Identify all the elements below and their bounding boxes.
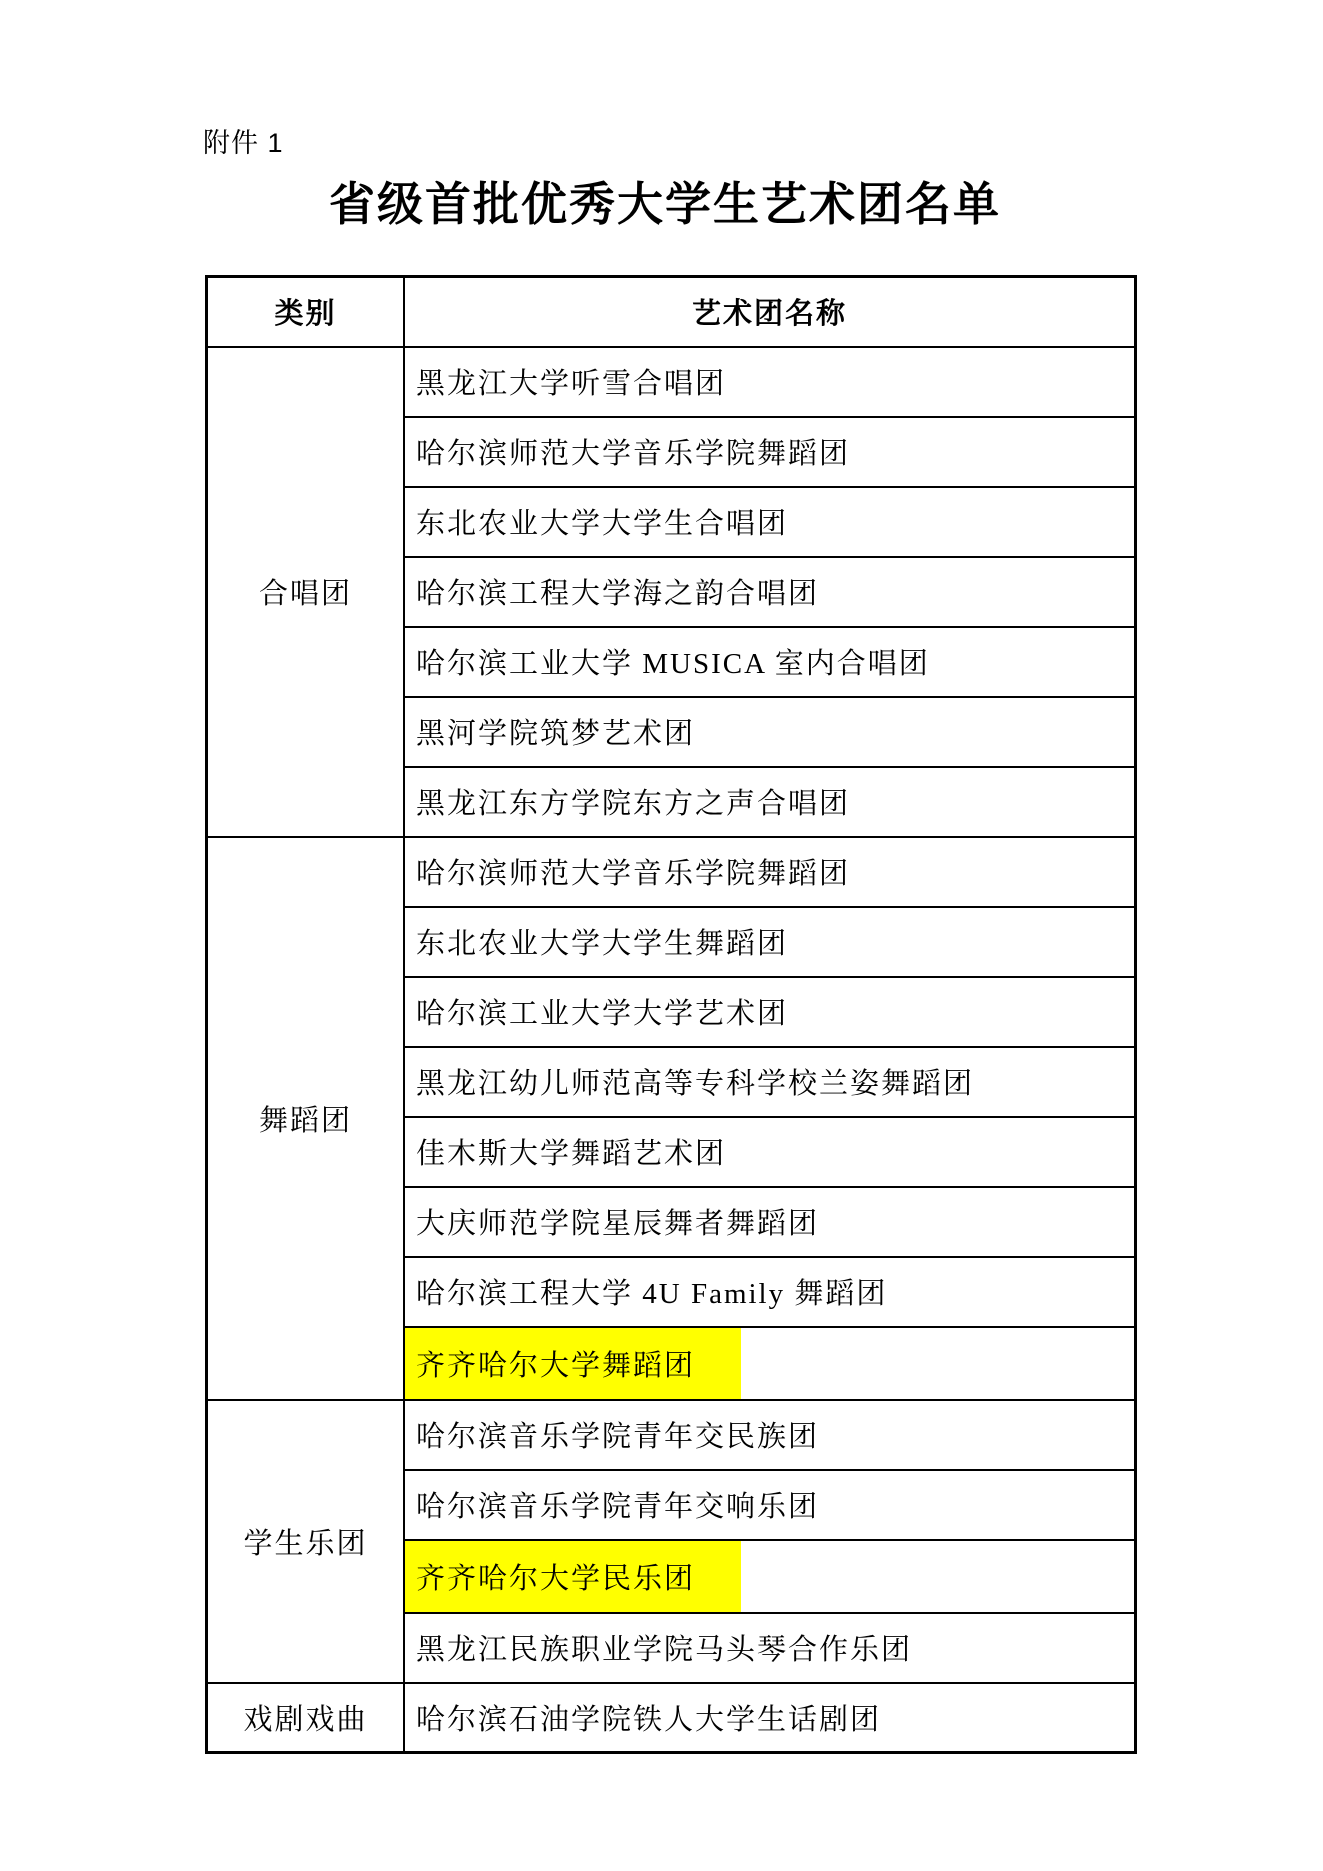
table-body: 合唱团黑龙江大学听雪合唱团哈尔滨师范大学音乐学院舞蹈团东北农业大学大学生合唱团哈…	[207, 347, 1136, 1753]
category-cell: 学生乐团	[207, 1400, 405, 1683]
troupe-name: 黑龙江民族职业学院马头琴合作乐团	[416, 1627, 912, 1668]
troupe-name-cell: 齐齐哈尔大学民乐团	[404, 1540, 1136, 1613]
troupe-name-cell: 哈尔滨工程大学海之韵合唱团	[404, 557, 1136, 627]
troupe-name-cell: 哈尔滨工业大学大学艺术团	[404, 977, 1136, 1047]
troupe-name: 哈尔滨工业大学 MUSICA 室内合唱团	[416, 641, 930, 682]
troupe-name: 黑龙江大学听雪合唱团	[416, 361, 726, 402]
troupe-name-cell: 东北农业大学大学生合唱团	[404, 487, 1136, 557]
troupe-name: 哈尔滨石油学院铁人大学生话剧团	[416, 1697, 881, 1738]
troupe-name: 黑河学院筑梦艺术团	[416, 711, 695, 752]
troupe-name: 东北农业大学大学生合唱团	[416, 501, 788, 542]
troupe-name-cell: 哈尔滨工程大学 4U Family 舞蹈团	[404, 1257, 1136, 1327]
troupe-name-cell: 哈尔滨石油学院铁人大学生话剧团	[404, 1683, 1136, 1753]
troupe-name-highlighted: 齐齐哈尔大学民乐团	[405, 1541, 741, 1612]
troupe-name-cell: 黑河学院筑梦艺术团	[404, 697, 1136, 767]
table-row: 合唱团黑龙江大学听雪合唱团	[207, 347, 1136, 417]
troupe-name: 哈尔滨工业大学大学艺术团	[416, 991, 788, 1032]
category-cell: 戏剧戏曲	[207, 1683, 405, 1753]
table-row: 戏剧戏曲哈尔滨石油学院铁人大学生话剧团	[207, 1683, 1136, 1753]
page-title: 省级首批优秀大学生艺术团名单	[205, 168, 1125, 234]
table-row: 学生乐团哈尔滨音乐学院青年交民族团	[207, 1400, 1136, 1470]
troupe-name-cell: 齐齐哈尔大学舞蹈团	[404, 1327, 1136, 1400]
troupe-name-cell: 哈尔滨师范大学音乐学院舞蹈团	[404, 837, 1136, 907]
troupe-name: 东北农业大学大学生舞蹈团	[416, 921, 788, 962]
troupe-name-cell: 哈尔滨工业大学 MUSICA 室内合唱团	[404, 627, 1136, 697]
troupe-name: 哈尔滨音乐学院青年交民族团	[416, 1414, 819, 1455]
category-cell: 舞蹈团	[207, 837, 405, 1400]
troupe-name-cell: 哈尔滨音乐学院青年交响乐团	[404, 1470, 1136, 1540]
column-header-troupe-name: 艺术团名称	[404, 277, 1136, 347]
troupe-name-cell: 东北农业大学大学生舞蹈团	[404, 907, 1136, 977]
troupe-name-cell: 黑龙江幼儿师范高等专科学校兰姿舞蹈团	[404, 1047, 1136, 1117]
troupe-name-cell: 哈尔滨音乐学院青年交民族团	[404, 1400, 1136, 1470]
troupe-name: 黑龙江东方学院东方之声合唱团	[416, 781, 850, 822]
troupe-name-cell: 哈尔滨师范大学音乐学院舞蹈团	[404, 417, 1136, 487]
troupe-name-highlighted: 齐齐哈尔大学舞蹈团	[405, 1328, 741, 1399]
troupe-name: 哈尔滨师范大学音乐学院舞蹈团	[416, 851, 850, 892]
art-troupe-table: 类别 艺术团名称 合唱团黑龙江大学听雪合唱团哈尔滨师范大学音乐学院舞蹈团东北农业…	[205, 275, 1137, 1754]
troupe-name-cell: 黑龙江东方学院东方之声合唱团	[404, 767, 1136, 837]
troupe-name: 哈尔滨师范大学音乐学院舞蹈团	[416, 431, 850, 472]
troupe-name: 哈尔滨工程大学海之韵合唱团	[416, 571, 819, 612]
troupe-name-cell: 大庆师范学院星辰舞者舞蹈团	[404, 1187, 1136, 1257]
attachment-label: 附件 1	[203, 121, 284, 160]
troupe-name: 哈尔滨音乐学院青年交响乐团	[416, 1484, 819, 1525]
troupe-name: 黑龙江幼儿师范高等专科学校兰姿舞蹈团	[416, 1061, 974, 1102]
troupe-name-cell: 黑龙江大学听雪合唱团	[404, 347, 1136, 417]
table-header-row: 类别 艺术团名称	[207, 277, 1136, 347]
table-row: 舞蹈团哈尔滨师范大学音乐学院舞蹈团	[207, 837, 1136, 907]
troupe-name-cell: 佳木斯大学舞蹈艺术团	[404, 1117, 1136, 1187]
troupe-name: 哈尔滨工程大学 4U Family 舞蹈团	[416, 1271, 887, 1312]
column-header-category: 类别	[207, 277, 405, 347]
troupe-name: 佳木斯大学舞蹈艺术团	[416, 1131, 726, 1172]
category-cell: 合唱团	[207, 347, 405, 837]
troupe-name-cell: 黑龙江民族职业学院马头琴合作乐团	[404, 1613, 1136, 1683]
troupe-name: 大庆师范学院星辰舞者舞蹈团	[416, 1201, 819, 1242]
